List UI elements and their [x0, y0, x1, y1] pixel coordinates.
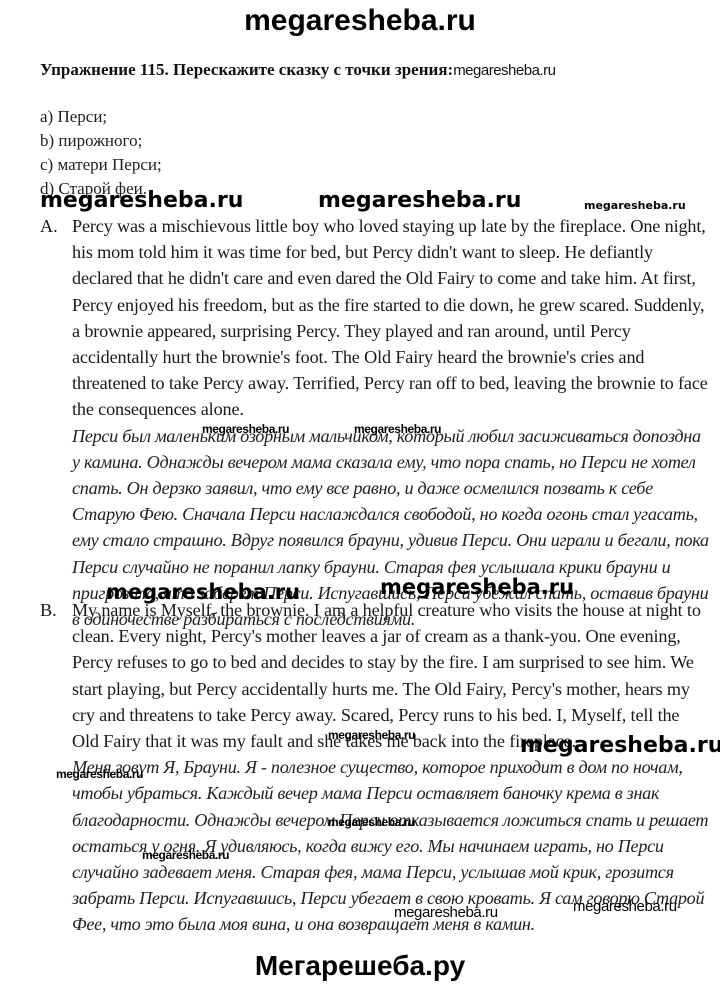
watermark: megaresheba.ru: [394, 904, 498, 921]
watermark: megaresheba.ru: [328, 815, 415, 829]
title-watermark: megaresheba.ru: [453, 62, 555, 79]
answer-a-english: Percy was a mischievous little boy who l…: [72, 213, 710, 423]
answer-b-marker: B.: [40, 597, 57, 623]
site-header-watermark: megaresheba.ru: [0, 4, 720, 38]
option-b: b) пирожного;: [40, 129, 162, 153]
watermark: megaresheba.ru: [56, 767, 143, 781]
option-a: a) Перси;: [40, 105, 162, 129]
watermark: megaresheba.ru: [202, 422, 289, 436]
site-footer-watermark: Мегарешеба.ру: [0, 950, 720, 982]
watermark: megaresheba.ru: [142, 848, 229, 862]
watermark: megaresheba.ru: [573, 898, 677, 915]
watermark: megaresheba.ru: [106, 580, 300, 604]
answer-a-marker: A.: [40, 213, 58, 239]
exercise-options: a) Перси; b) пирожного; c) матери Перси;…: [40, 105, 162, 201]
watermark: megaresheba.ru: [584, 199, 686, 212]
option-c: c) матери Перси;: [40, 153, 162, 177]
watermark: megaresheba.ru: [318, 188, 521, 213]
watermark: megaresheba.ru: [40, 188, 243, 213]
watermark: megaresheba.ru: [380, 575, 574, 599]
watermark: megaresheba.ru: [520, 733, 720, 758]
watermark: megaresheba.ru: [354, 422, 441, 436]
exercise-title-text: Упражнение 115. Перескажите сказку с точ…: [40, 60, 453, 79]
exercise-title: Упражнение 115. Перескажите сказку с точ…: [40, 60, 555, 80]
watermark: megaresheba.ru: [328, 728, 415, 742]
